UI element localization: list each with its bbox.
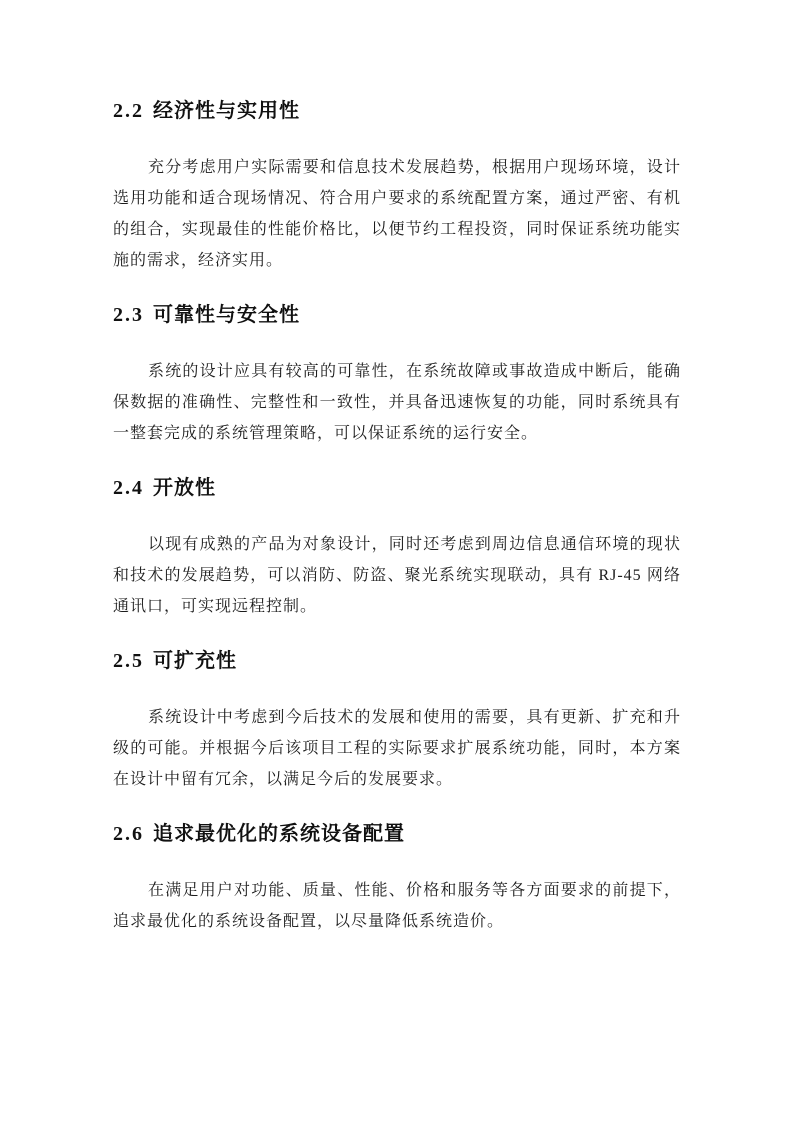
section-paragraph: 以现有成熟的产品为对象设计，同时还考虑到周边信息通信环境的现状和技术的发展趋势，… [113,529,681,622]
section-heading: 2.6追求最优化的系统设备配置 [113,821,681,847]
section-title: 经济性与实用性 [153,100,300,122]
section-heading: 2.3可靠性与安全性 [113,302,681,328]
section-title: 开放性 [153,477,216,499]
section-number: 2.5 [113,650,144,672]
section-number: 2.4 [113,477,144,499]
section-title: 可扩充性 [153,650,237,672]
section-number: 2.3 [113,304,144,326]
section-title: 可靠性与安全性 [153,304,300,326]
section-heading: 2.4开放性 [113,475,681,501]
section-2-3: 2.3可靠性与安全性 系统的设计应具有较高的可靠性，在系统故障或事故造成中断后，… [113,302,681,449]
section-paragraph: 系统设计中考虑到今后技术的发展和使用的需要，具有更新、扩充和升级的可能。并根据今… [113,702,681,795]
section-2-5: 2.5可扩充性 系统设计中考虑到今后技术的发展和使用的需要，具有更新、扩充和升级… [113,648,681,795]
section-number: 2.2 [113,100,144,122]
section-2-2: 2.2经济性与实用性 充分考虑用户实际需要和信息技术发展趋势，根据用户现场环境，… [113,98,681,276]
section-heading: 2.2经济性与实用性 [113,98,681,124]
section-paragraph: 在满足用户对功能、质量、性能、价格和服务等各方面要求的前提下，追求最优化的系统设… [113,875,681,937]
section-paragraph: 系统的设计应具有较高的可靠性，在系统故障或事故造成中断后，能确保数据的准确性、完… [113,356,681,449]
section-title: 追求最优化的系统设备配置 [153,823,405,845]
section-paragraph: 充分考虑用户实际需要和信息技术发展趋势，根据用户现场环境，设计选用功能和适合现场… [113,152,681,276]
section-heading: 2.5可扩充性 [113,648,681,674]
section-2-6: 2.6追求最优化的系统设备配置 在满足用户对功能、质量、性能、价格和服务等各方面… [113,821,681,937]
section-2-4: 2.4开放性 以现有成熟的产品为对象设计，同时还考虑到周边信息通信环境的现状和技… [113,475,681,622]
section-number: 2.6 [113,823,144,845]
document-page: 2.2经济性与实用性 充分考虑用户实际需要和信息技术发展趋势，根据用户现场环境，… [0,0,793,1122]
